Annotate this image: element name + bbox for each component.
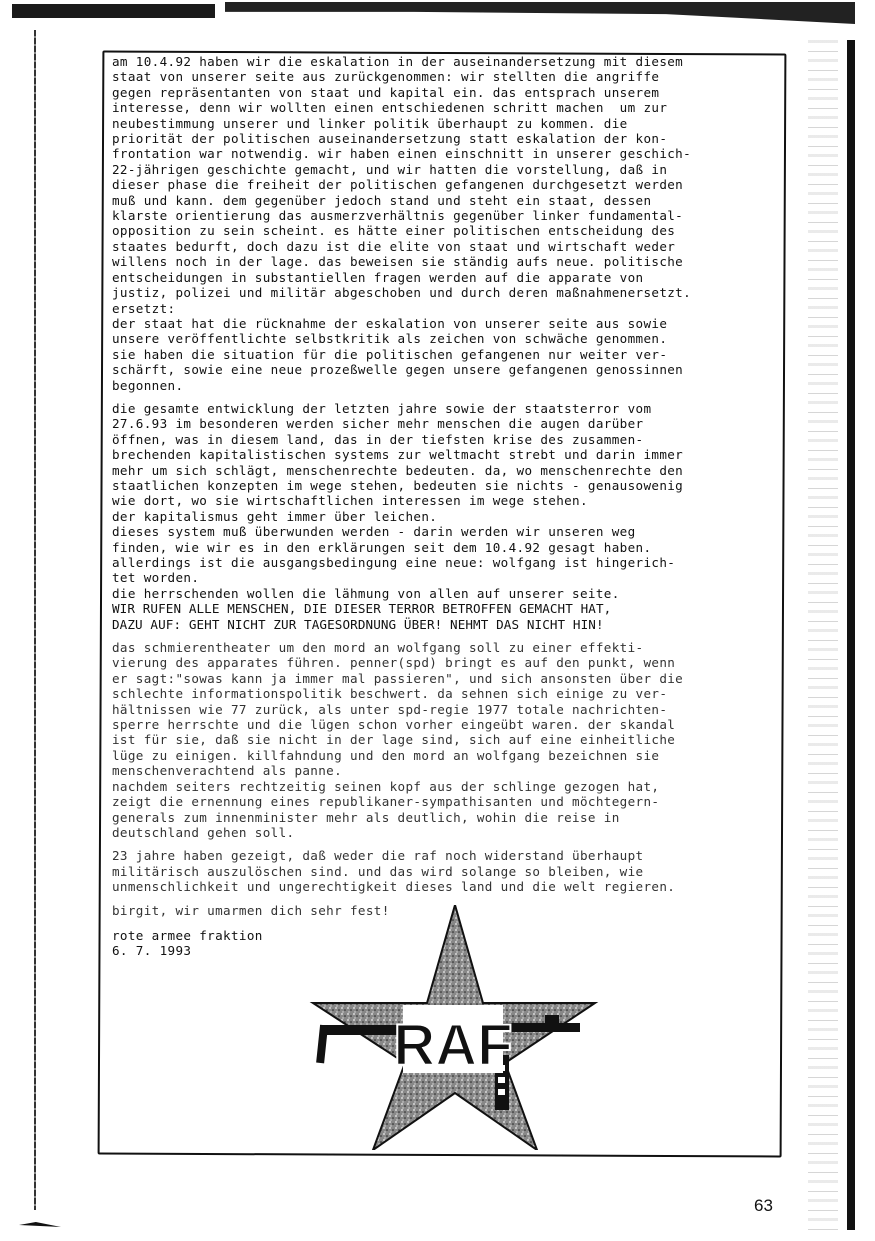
raf-star-logo-icon: RAF — [305, 905, 605, 1150]
scan-mark — [19, 1222, 61, 1227]
text-line: dieser phase die freiheit der politische… — [112, 177, 772, 192]
text-line: lüge zu einigen. killfahndung und den mo… — [112, 748, 772, 763]
text-line: schlechte informationspolitik beschwert.… — [112, 686, 772, 701]
text-line: frontation war notwendig. wir haben eine… — [112, 146, 772, 161]
text-line: finden, wie wir es in den erklärungen se… — [112, 540, 772, 555]
logo-text: RAF — [393, 1013, 512, 1078]
text-line: 22-jährigen geschichte gemacht, und wir … — [112, 162, 772, 177]
text-line: ist für sie, daß sie nicht in der lage s… — [112, 732, 772, 747]
text-line: unmenschlichkeit und ungerechtigkeit die… — [112, 879, 772, 894]
text-line: staat von unserer seite aus zurückgenomm… — [112, 69, 772, 84]
text-line: interesse, denn wir wollten einen entsch… — [112, 100, 772, 115]
page-number: 63 — [754, 1196, 773, 1216]
scan-edge-left — [34, 30, 36, 1210]
text-line: ersetzt: — [112, 301, 772, 316]
text-line: opposition zu sein scheint. es hätte ein… — [112, 223, 772, 238]
text-line: muß und kann. dem gegenüber jedoch stand… — [112, 193, 772, 208]
text-line: vierung des apparates führen. penner(spd… — [112, 655, 772, 670]
text-line: militärisch auszulöschen sind. und das w… — [112, 864, 772, 879]
scan-noise-right — [808, 40, 838, 1230]
text-line: der kapitalismus geht immer über leichen… — [112, 509, 772, 524]
text-line: er sagt:"sowas kann ja immer mal passier… — [112, 671, 772, 686]
text-line: entscheidungen in substantiellen fragen … — [112, 270, 772, 285]
text-line: unsere veröffentlichte selbstkritik als … — [112, 331, 772, 346]
text-line: am 10.4.92 haben wir die eskalation in d… — [112, 54, 772, 69]
text-line: der staat hat die rücknahme der eskalati… — [112, 316, 772, 331]
text-line: klarste orientierung das ausmerzverhältn… — [112, 208, 772, 223]
text-line: allerdings ist die ausgangsbedingung ein… — [112, 555, 772, 570]
paragraph-3: das schmierentheater um den mord an wolf… — [112, 640, 772, 840]
text-line: schärft, sowie eine neue prozeßwelle geg… — [112, 362, 772, 377]
scan-edge-top-left — [12, 4, 215, 18]
paragraph-4: 23 jahre haben gezeigt, daß weder die ra… — [112, 848, 772, 894]
text-line: menschenverachtend als panne. — [112, 763, 772, 778]
text-line: hältnissen wie 77 zurück, als unter spd-… — [112, 702, 772, 717]
text-line: generals zum innenminister mehr als deut… — [112, 810, 772, 825]
text-line: sie haben die situation für die politisc… — [112, 347, 772, 362]
text-line: deutschland gehen soll. — [112, 825, 772, 840]
text-line: 27.6.93 im besonderen werden sicher mehr… — [112, 416, 772, 431]
text-line: willens noch in der lage. das beweisen s… — [112, 254, 772, 269]
text-line: die herrschenden wollen die lähmung von … — [112, 586, 772, 601]
paragraph-1: am 10.4.92 haben wir die eskalation in d… — [112, 54, 772, 393]
scan-edge-top-right — [225, 2, 855, 24]
text-line: öffnen, was in diesem land, das in der t… — [112, 432, 772, 447]
text-line: justiz, polizei und militär abgeschoben … — [112, 285, 772, 300]
text-line: brechenden kapitalistischen systems zur … — [112, 447, 772, 462]
text-line: tet worden. — [112, 570, 772, 585]
scan-edge-right — [847, 40, 855, 1230]
text-line: wie dort, wo sie wirtschaftlichen intere… — [112, 493, 772, 508]
text-line: priorität der politischen auseinanderset… — [112, 131, 772, 146]
text-line: begonnen. — [112, 378, 772, 393]
document-body: am 10.4.92 haben wir die eskalation in d… — [112, 54, 772, 959]
text-line: gegen repräsentanten von staat und kapit… — [112, 85, 772, 100]
text-line: das schmierentheater um den mord an wolf… — [112, 640, 772, 655]
paragraph-2: die gesamte entwicklung der letzten jahr… — [112, 401, 772, 632]
text-line: sperre herrschte und die lügen schon vor… — [112, 717, 772, 732]
text-line: nachdem seiters rechtzeitig seinen kopf … — [112, 779, 772, 794]
text-line: dieses system muß überwunden werden - da… — [112, 524, 772, 539]
text-line: neubestimmung unserer und linker politik… — [112, 116, 772, 131]
caps-text-line: DAZU AUF: GEHT NICHT ZUR TAGESORDNUNG ÜB… — [112, 617, 772, 632]
text-line: zeigt die ernennung eines republikaner-s… — [112, 794, 772, 809]
caps-text-line: WIR RUFEN ALLE MENSCHEN, DIE DIESER TERR… — [112, 601, 772, 616]
text-line: 23 jahre haben gezeigt, daß weder die ra… — [112, 848, 772, 863]
text-line: staatlichen konzepten im wege stehen, be… — [112, 478, 772, 493]
text-line: die gesamte entwicklung der letzten jahr… — [112, 401, 772, 416]
text-line: staates bedurft, doch dazu ist die elite… — [112, 239, 772, 254]
text-line: mehr um sich schlägt, menschenrechte bed… — [112, 463, 772, 478]
